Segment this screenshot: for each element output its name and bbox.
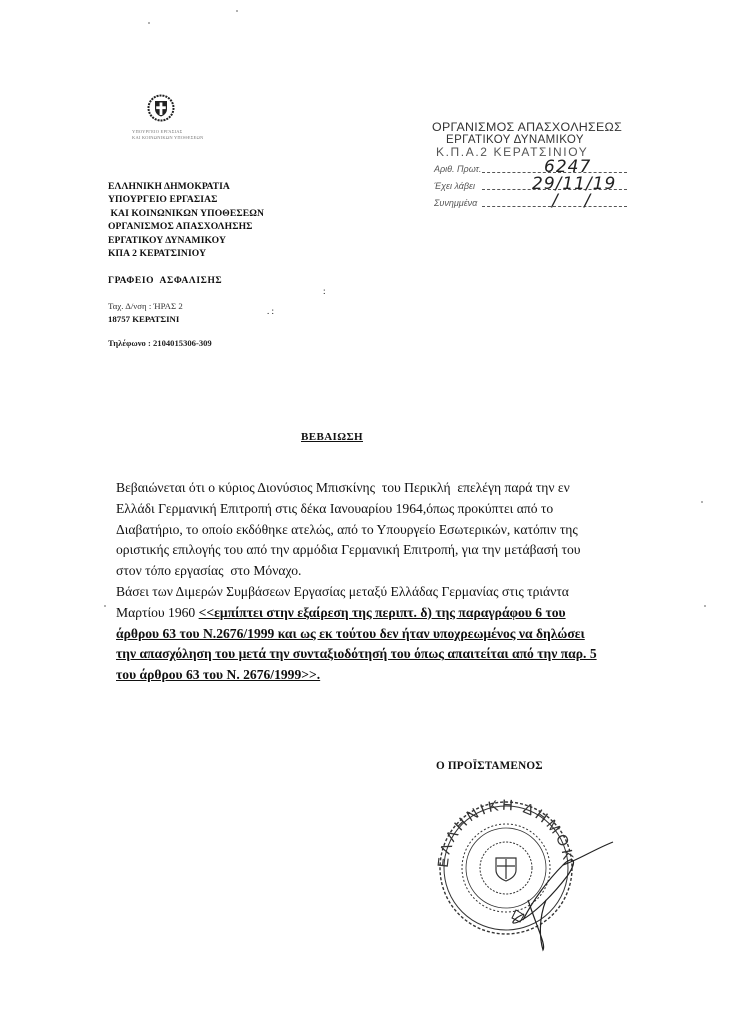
stamp-date-label: Έχει λάβει <box>434 181 475 191</box>
emphasized-line: την απασχόληση του μετά την συνταξιοδότη… <box>116 644 676 665</box>
signer-title: Ο ΠΡΟΪΣΤΑΜΕΝΟΣ <box>436 760 543 772</box>
address-city: 18757 ΚΕΡΑΤΣΙΝΙ <box>108 313 183 326</box>
greek-coat-of-arms-icon <box>147 94 175 122</box>
emblem-caption: ΥΠΟΥΡΓΕΙΟ ΕΡΓΑΣΙΑΣ ΚΑΙ ΚΟΙΝΩΝΙΚΩΝ ΥΠΟΘΕΣ… <box>132 129 202 141</box>
emblem-caption-line: ΚΑΙ ΚΟΙΝΩΝΙΚΩΝ ΥΠΟΘΕΣΕΩΝ <box>132 135 202 141</box>
svg-text:ΕΛΛΗΝΙΚΗ ΔΗΜΟΚΡΑΤΙΑ: ΕΛΛΗΝΙΚΗ ΔΗΜΟΚΡΑΤΙΑ <box>428 790 577 868</box>
body-line: Ελλάδι Γερμανική Επιτροπή στις δέκα Ιανο… <box>116 499 676 520</box>
stamp-attached-label: Συνημμένα <box>434 198 477 208</box>
letterhead-line: ΚΠΑ 2 ΚΕΡΑΤΣΙΝΙΟΥ <box>108 247 264 260</box>
stamp-date-row: Έχει λάβει 29/11/19 <box>432 176 647 193</box>
body-line: Διαβατήριο, το οποίο εκδόθηκε ατελώς, απ… <box>116 520 676 541</box>
received-stamp: ΟΡΓΑΝΙΣΜΟΣ ΑΠΑΣΧΟΛΗΣΕΩΣ ΕΡΓΑΤΙΚΟΥ ΔΥΝΑΜΙ… <box>432 120 647 210</box>
scan-speck <box>701 501 703 503</box>
emphasized-text: <<εμπίπτει στην εξαίρεση της περιπτ. δ) … <box>199 605 566 620</box>
letterhead-block: ΕΛΛΗΝΙΚΗ ΔΗΜΟΚΡΑΤΙΑ ΥΠΟΥΡΓΕΙΟ ΕΡΓΑΣΙΑΣ Κ… <box>108 180 264 260</box>
document-title: ΒΕΒΑΙΩΣΗ <box>301 431 363 443</box>
body-line-mixed: Μαρτίου 1960 <<εμπίπτει στην εξαίρεση τη… <box>116 603 676 624</box>
emphasized-line: του άρθρου 63 του Ν. 2676/1999>>. <box>116 665 676 686</box>
phone-number: Τηλέφωνο : 2104015306-309 <box>108 338 212 348</box>
letterhead-line: ΕΡΓΑΤΙΚΟΥ ΔΥΝΑΜΙΚΟΥ <box>108 234 264 247</box>
stamp-attached-row: Συνημμένα / / <box>432 193 647 210</box>
scan-speck <box>148 22 150 24</box>
stamp-org-line: ΟΡΓΑΝΙΣΜΟΣ ΑΠΑΣΧΟΛΗΣΕΩΣ <box>432 120 647 134</box>
body-line: στον τόπο εργασίας στο Μόναχο. <box>116 561 676 582</box>
scan-speck: : <box>323 286 326 296</box>
office-name: ΓΡΑΦΕΙΟ ΑΣΦΑΛΙΣΗΣ <box>108 276 222 286</box>
address-street: Ταχ. Δ/νση : ΉΡΑΣ 2 <box>108 300 183 313</box>
letterhead-line: ΟΡΓΑΝΙΣΜΟΣ ΑΠΑΣΧΟΛΗΣΗΣ <box>108 220 264 233</box>
stamp-office-line: Κ.Π.Α.2 ΚΕΡΑΤΣΙΝΙΟΥ <box>432 146 647 159</box>
address-block: Ταχ. Δ/νση : ΉΡΑΣ 2 18757 ΚΕΡΑΤΣΙΝΙ <box>108 300 183 326</box>
scan-speck <box>704 605 706 607</box>
scan-speck <box>236 10 238 12</box>
letterhead-line: ΥΠΟΥΡΓΕΙΟ ΕΡΓΑΣΙΑΣ <box>108 193 264 206</box>
body-text: Μαρτίου 1960 <box>116 605 199 620</box>
body-line: Βεβαιώνεται ότι ο κύριος Διονύσιος Μπισκ… <box>116 478 676 499</box>
scan-speck <box>104 605 106 607</box>
body-line: οριστικής επιλογής του από την αρμόδια Γ… <box>116 540 676 561</box>
official-seal-icon: ΕΛΛΗΝΙΚΗ ΔΗΜΟΚΡΑΤΙΑ <box>428 790 618 965</box>
emphasized-line: άρθρου 63 του Ν.2676/1999 και ως εκ τούτ… <box>116 624 676 645</box>
document-body: Βεβαιώνεται ότι ο κύριος Διονύσιος Μπισκ… <box>116 478 676 686</box>
letterhead-line: ΚΑΙ ΚΟΙΝΩΝΙΚΩΝ ΥΠΟΘΕΣΕΩΝ <box>108 207 264 220</box>
body-line: Βάσει των Διμερών Συμβάσεων Εργασίας μετ… <box>116 582 676 603</box>
stamp-attached-value: / / <box>552 191 591 211</box>
letterhead-line: ΕΛΛΗΝΙΚΗ ΔΗΜΟΚΡΑΤΙΑ <box>108 180 264 193</box>
scan-speck: . : <box>267 306 274 316</box>
stamp-protocol-label: Αριθ. Πρωτ. <box>434 164 481 174</box>
